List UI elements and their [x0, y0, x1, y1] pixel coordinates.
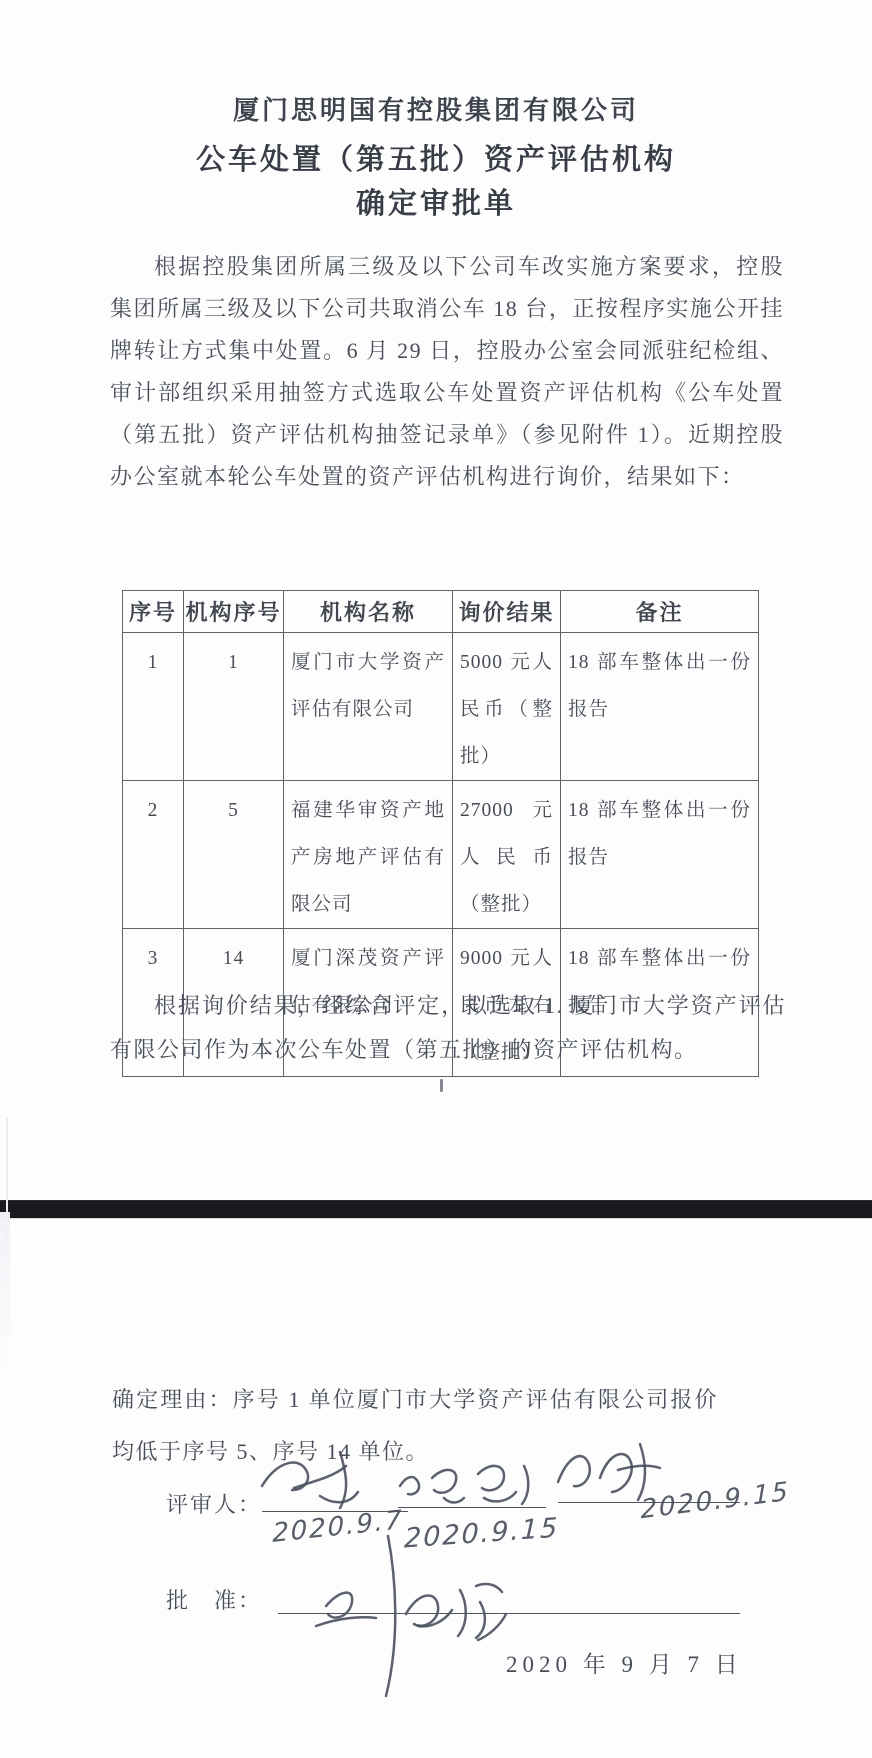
organization-title: 厦门思明国有控股集团有限公司 [0, 90, 872, 127]
reviewer-signature-2 [392, 1452, 552, 1510]
signature-line [398, 1507, 546, 1508]
conclusion-paragraph: 根据询价结果，经综合评定，拟选取 1. 厦门市大学资产评估有限公司作为本次公车处… [110, 984, 786, 1072]
cell-remark: 18 部车整体出一份报告 [561, 633, 759, 781]
document-title-line-1: 公车处置（第五批）资产评估机构 [0, 137, 872, 178]
header-agency-name: 机构名称 [284, 591, 453, 633]
table-row: 2 5 福建华审资产地产房地产评估有限公司 27000 元人民币（整批） 18 … [123, 781, 759, 929]
cell-agency-name: 厦门市大学资产评估有限公司 [284, 633, 453, 781]
approver-label: 批 准： [166, 1584, 262, 1615]
header-quote-result: 询价结果 [453, 591, 561, 633]
page-break-bar [0, 1200, 872, 1219]
cell-seq: 2 [123, 781, 184, 929]
scanned-approval-document: 厦门思明国有控股集团有限公司 公车处置（第五批）资产评估机构 确定审批单 根据控… [0, 0, 872, 1758]
header-remarks: 备注 [561, 591, 759, 633]
table-row: 1 1 厦门市大学资产评估有限公司 5000 元人民币（整批） 18 部车整体出… [123, 633, 759, 781]
cell-agency-name: 福建华审资产地产房地产评估有限公司 [284, 781, 453, 929]
document-title-line-2: 确定审批单 [0, 181, 872, 222]
cell-remark: 18 部车整体出一份报告 [561, 781, 759, 929]
cell-quote: 5000 元人民币（整批） [453, 633, 561, 781]
cell-quote: 27000 元人民币（整批） [453, 781, 561, 929]
approval-date: 2020 年 9 月 7 日 [506, 1646, 743, 1679]
ink-mark [440, 1079, 443, 1092]
approval-signature-line [278, 1613, 740, 1614]
header-seq-no: 序号 [123, 591, 184, 633]
scan-edge-artifact [0, 1212, 10, 1372]
cell-seq: 1 [123, 633, 184, 781]
cell-agency-no: 5 [184, 781, 284, 929]
cell-agency-no: 1 [184, 633, 284, 781]
header-agency-no: 机构序号 [184, 591, 284, 633]
intro-paragraph: 根据控股集团所属三级及以下公司车改实施方案要求，控股集团所属三级及以下公司共取消… [110, 246, 784, 498]
table-header-row: 序号 机构序号 机构名称 询价结果 备注 [123, 591, 759, 633]
